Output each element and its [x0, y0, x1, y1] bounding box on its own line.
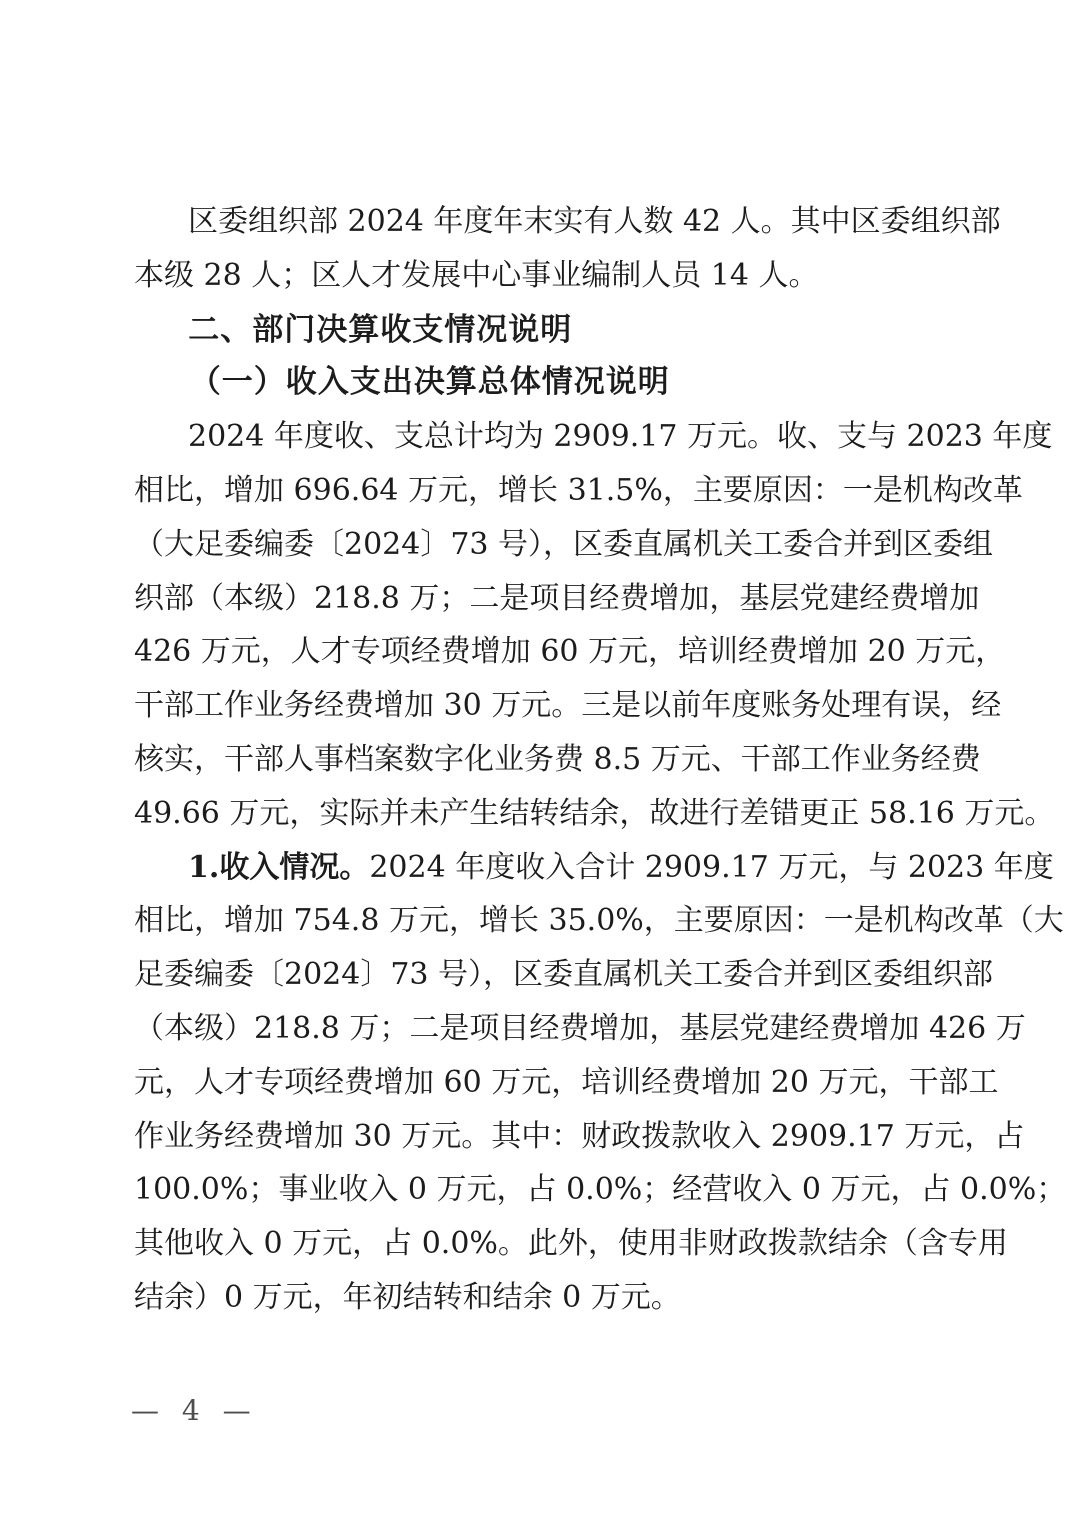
document-page: 区委组织部 2024 年度年末实有人数 42 人。其中区委组织部 本级 28 人… [0, 0, 1074, 1520]
page-number: — 4 — [131, 1394, 258, 1427]
subsection-heading: （一）收入支出决算总体情况说明 [134, 356, 944, 410]
income-lead-rest: 2024 年度收入合计 2909.17 万元，与 2023 年度 [369, 850, 1053, 885]
para-income-line: 相比，增加 754.8 万元，增长 35.0%，主要原因：一是机构改革（大 [134, 894, 944, 948]
para-income-line: 足委编委〔2024〕73 号），区委直属机关工委合并到区委组织部 [134, 948, 944, 1002]
para-staffing-line-2: 本级 28 人；区人才发展中心事业编制人员 14 人。 [134, 249, 944, 303]
para-income-line: 元，人才专项经费增加 60 万元，培训经费增加 20 万元，干部工 [134, 1056, 944, 1110]
para-overview-line: 核实，干部人事档案数字化业务费 8.5 万元、干部工作业务经费 [134, 733, 944, 787]
income-lead-label: 1.收入情况。 [188, 850, 369, 885]
para-overview-line: 2024 年度收、支总计均为 2909.17 万元。收、支与 2023 年度 [134, 410, 944, 464]
para-overview-line: 相比，增加 696.64 万元，增长 31.5%，主要原因：一是机构改革 [134, 464, 944, 518]
para-overview-line: （大足委编委〔2024〕73 号），区委直属机关工委合并到区委组 [134, 518, 944, 572]
document-body: 区委组织部 2024 年度年末实有人数 42 人。其中区委组织部 本级 28 人… [134, 195, 944, 1325]
para-overview-line: 426 万元，人才专项经费增加 60 万元，培训经费增加 20 万元， [134, 625, 944, 679]
para-overview-line: 干部工作业务经费增加 30 万元。三是以前年度账务处理有误，经 [134, 679, 944, 733]
para-overview-line: 49.66 万元，实际并未产生结转结余，故进行差错更正 58.16 万元。 [134, 787, 944, 841]
para-income-line: 其他收入 0 万元，占 0.0%。此外，使用非财政拨款结余（含专用 [134, 1217, 944, 1271]
para-income-line: （本级）218.8 万；二是项目经费增加，基层党建经费增加 426 万 [134, 1002, 944, 1056]
para-income-line: 100.0%；事业收入 0 万元，占 0.0%；经营收入 0 万元，占 0.0%… [134, 1163, 944, 1217]
para-income-line: 作业务经费增加 30 万元。其中：财政拨款收入 2909.17 万元，占 [134, 1110, 944, 1164]
para-overview-line: 织部（本级）218.8 万；二是项目经费增加，基层党建经费增加 [134, 572, 944, 626]
section-heading: 二、部门决算收支情况说明 [134, 303, 944, 357]
para-staffing-line-1: 区委组织部 2024 年度年末实有人数 42 人。其中区委组织部 [134, 195, 944, 249]
para-income-line: 结余）0 万元，年初结转和结余 0 万元。 [134, 1271, 944, 1325]
para-income-line-lead: 1.收入情况。2024 年度收入合计 2909.17 万元，与 2023 年度 [134, 841, 944, 895]
